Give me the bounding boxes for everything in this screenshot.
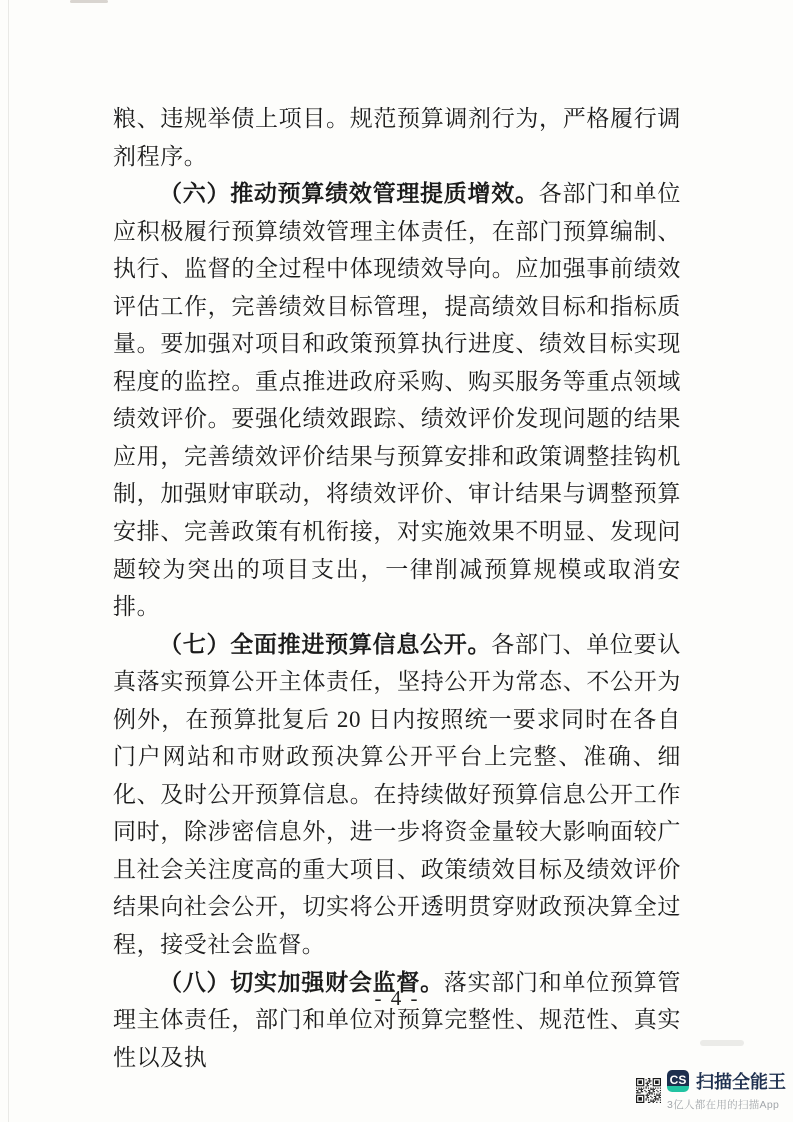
- document-body: 粮、违规举债上项目。规范预算调剂行为，严格履行调剂程序。 （六）推动预算绩效管理…: [113, 100, 681, 1076]
- app-name: 扫描全能王: [696, 1068, 786, 1094]
- camscanner-logo-text: CS: [670, 1073, 687, 1087]
- paragraph-text: 各部门和单位应积极履行预算绩效管理主体责任，在部门预算编制、执行、监督的全过程中…: [113, 181, 681, 619]
- section-6-heading: （六）推动预算绩效管理提质增效。: [159, 181, 539, 206]
- paragraph-section-6: （六）推动预算绩效管理提质增效。各部门和单位应积极履行预算绩效管理主体责任，在部…: [113, 175, 681, 626]
- section-7-heading: （七）全面推进预算信息公开。: [159, 632, 491, 657]
- paragraph-section-7: （七）全面推进预算信息公开。各部门、单位要认真落实预算公开主体责任，坚持公开为常…: [113, 626, 681, 964]
- paragraph-section-8: （八）切实加强财会监督。落实部门和单位预算管理主体责任，部门和单位对预算完整性、…: [113, 964, 681, 1077]
- page-number: - 4 -: [113, 986, 681, 1011]
- paragraph-text: 粮、违规举债上项目。规范预算调剂行为，严格履行调剂程序。: [113, 106, 681, 169]
- paragraph-text: 各部门、单位要认真落实预算公开主体责任，坚持公开为常态、不公开为例外，在预算批复…: [113, 632, 681, 957]
- scan-artifact-top-smudge: [70, 0, 108, 3]
- paragraph-continuation: 粮、违规举债上项目。规范预算调剂行为，严格履行调剂程序。: [113, 100, 681, 175]
- camscanner-logo-icon: CS: [667, 1070, 689, 1092]
- qr-code-icon: [636, 1070, 661, 1111]
- scan-artifact-shade: [700, 1040, 744, 1046]
- app-tagline: 3亿人都在用的扫描App: [667, 1097, 786, 1112]
- scan-artifact-left-edge: [8, 0, 9, 1122]
- scanned-page: 粮、违规举债上项目。规范预算调剂行为，严格履行调剂程序。 （六）推动预算绩效管理…: [0, 0, 793, 1122]
- scanner-watermark: CS 扫描全能王 3亿人都在用的扫描App: [636, 1068, 786, 1114]
